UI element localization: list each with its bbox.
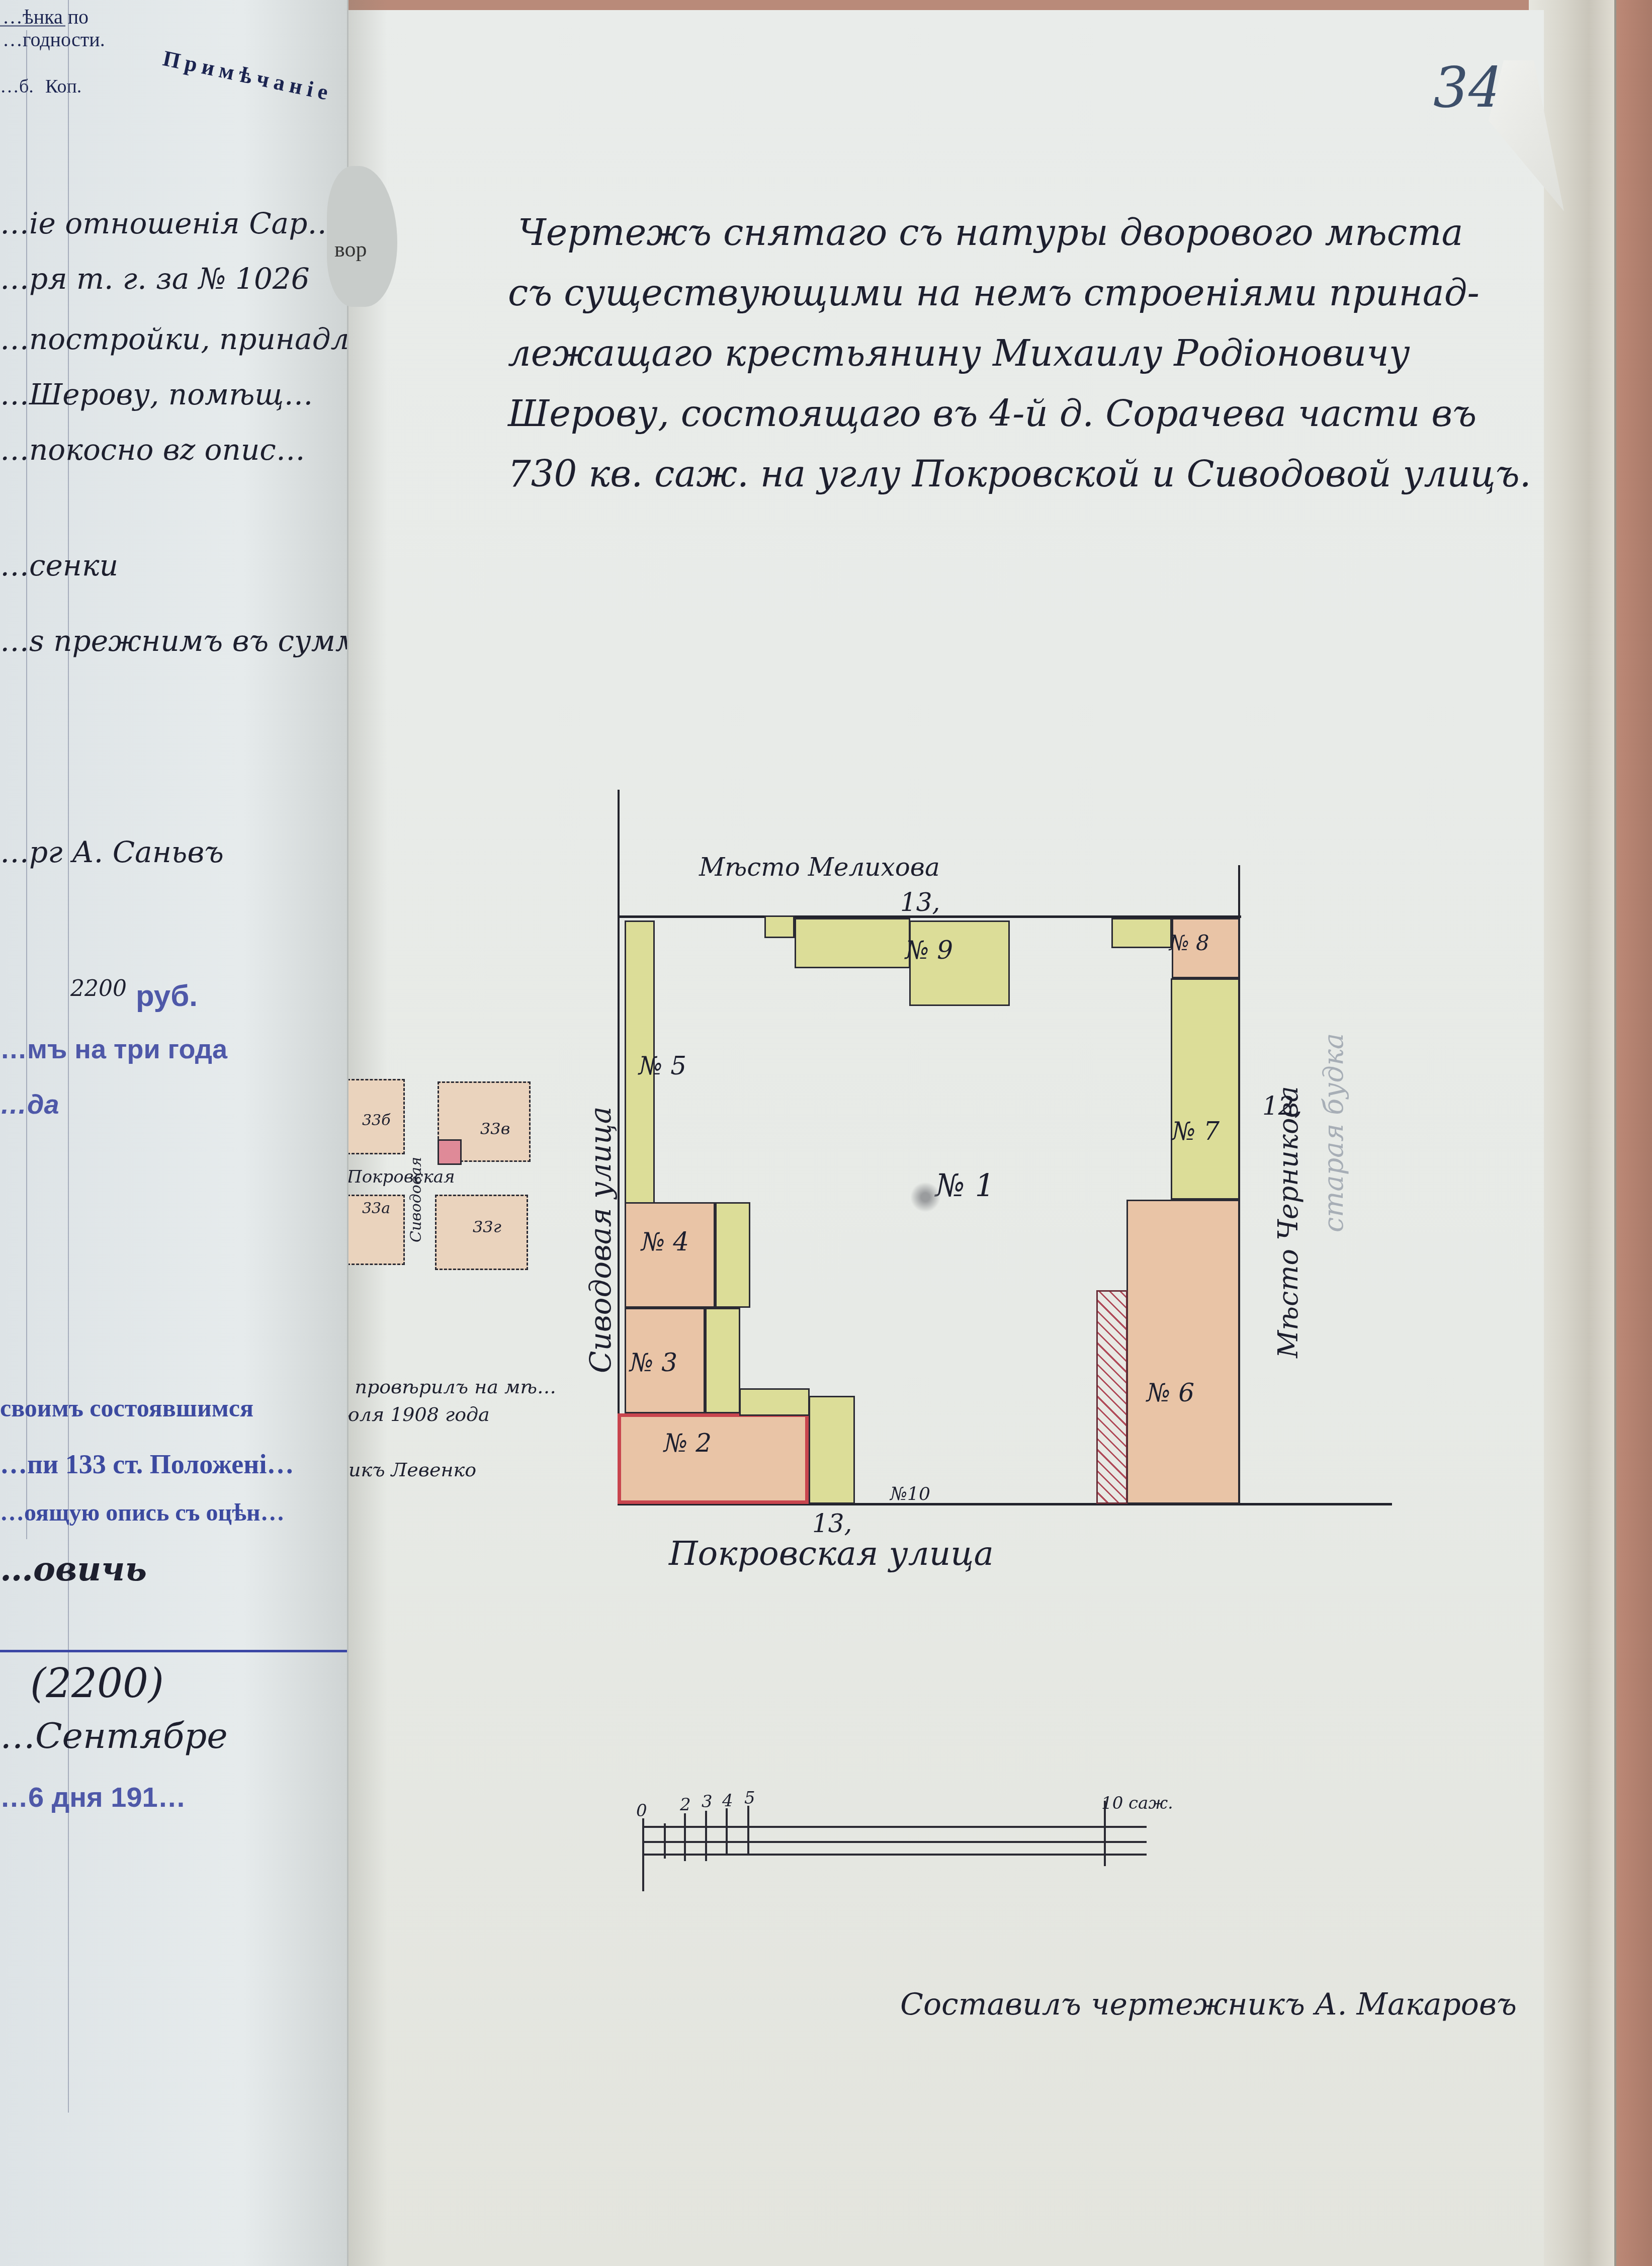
building-label: № 4 bbox=[641, 1227, 689, 1256]
column-subheader: Коп. bbox=[45, 75, 81, 98]
north-dimension: 13, bbox=[900, 888, 940, 917]
building-n3-annex bbox=[705, 1308, 740, 1413]
title-line: лежащаго крестьянину Михаилу Родіоновичу bbox=[508, 332, 1410, 374]
signature: Составилъ чертежникъ А. Макаровъ bbox=[900, 1987, 1517, 2022]
building-label: № 2 bbox=[664, 1429, 712, 1458]
building-n8-annex bbox=[1111, 918, 1172, 948]
remarks-header: Примѣчаніе bbox=[160, 45, 335, 106]
inset-block-label: 33в bbox=[480, 1119, 510, 1138]
yard-label: № 1 bbox=[935, 1167, 995, 1204]
building-n2-annex-top bbox=[739, 1388, 810, 1416]
rub-label: руб. bbox=[136, 978, 198, 1013]
ink-blot bbox=[910, 1182, 940, 1212]
column-header: …годности. bbox=[3, 28, 105, 51]
title-line: Чертежъ снятаго съ натуры дворового мѣст… bbox=[518, 211, 1463, 254]
building-label: № 5 bbox=[639, 1051, 686, 1080]
building-label: № 7 bbox=[1172, 1117, 1220, 1146]
building-label: № 9 bbox=[905, 936, 953, 965]
south-street-label: Покровская улица bbox=[669, 1534, 994, 1573]
east-pencil-note: старая будка bbox=[1318, 1033, 1349, 1232]
building-n7 bbox=[1171, 978, 1240, 1200]
inset-block-label: 33б bbox=[362, 1112, 390, 1129]
inset-owner-marker bbox=[438, 1139, 462, 1165]
title-line: съ существующими на немъ строеніями прин… bbox=[508, 272, 1480, 314]
torn-fragment-text: вор bbox=[334, 236, 367, 262]
building-n10-hatched bbox=[1096, 1290, 1127, 1504]
building-label: № 8 bbox=[1169, 931, 1209, 955]
inset-street-label: Покровская bbox=[347, 1167, 455, 1187]
left-page: …ѣнка по …годности. …б. Коп. Примѣчаніе … bbox=[0, 0, 349, 2266]
note-line: …ъ провѣрилъ на мѣ… bbox=[317, 1376, 556, 1398]
west-boundary bbox=[618, 790, 620, 1504]
building-n6 bbox=[1126, 1200, 1240, 1504]
building-label: № 6 bbox=[1147, 1378, 1194, 1407]
inset-street-label: Сиводовая bbox=[407, 1157, 425, 1242]
building-n9-small bbox=[764, 915, 795, 938]
building-label: № 3 bbox=[630, 1348, 677, 1377]
building-n4-annex bbox=[715, 1202, 750, 1308]
building-label: №10 bbox=[890, 1484, 930, 1504]
building-n9-left bbox=[795, 918, 910, 968]
west-street-label: Сиводовая улица bbox=[583, 1107, 618, 1373]
column-subheader: …б. bbox=[0, 75, 34, 98]
property-plan: Мѣсто Мелихова 13, 13, Покровская улица … bbox=[603, 780, 1408, 1584]
east-dimension: 12, bbox=[1262, 1092, 1302, 1121]
building-n2-annex bbox=[809, 1396, 855, 1504]
title-line: 730 кв. саж. на углу Покровской и Сиводо… bbox=[508, 453, 1531, 495]
east-neighbor-label: Мѣсто Черникова bbox=[1272, 1086, 1304, 1358]
title-line: Шерову, состоящаго въ 4-й д. Сорачева ча… bbox=[508, 392, 1476, 435]
inset-block-label: 33г bbox=[473, 1217, 501, 1236]
north-neighbor-label: Мѣсто Мелихова bbox=[699, 853, 940, 882]
inset-block-label: 33а bbox=[362, 1200, 390, 1217]
building-n2 bbox=[618, 1413, 809, 1504]
amount: 2200 bbox=[70, 976, 127, 1001]
